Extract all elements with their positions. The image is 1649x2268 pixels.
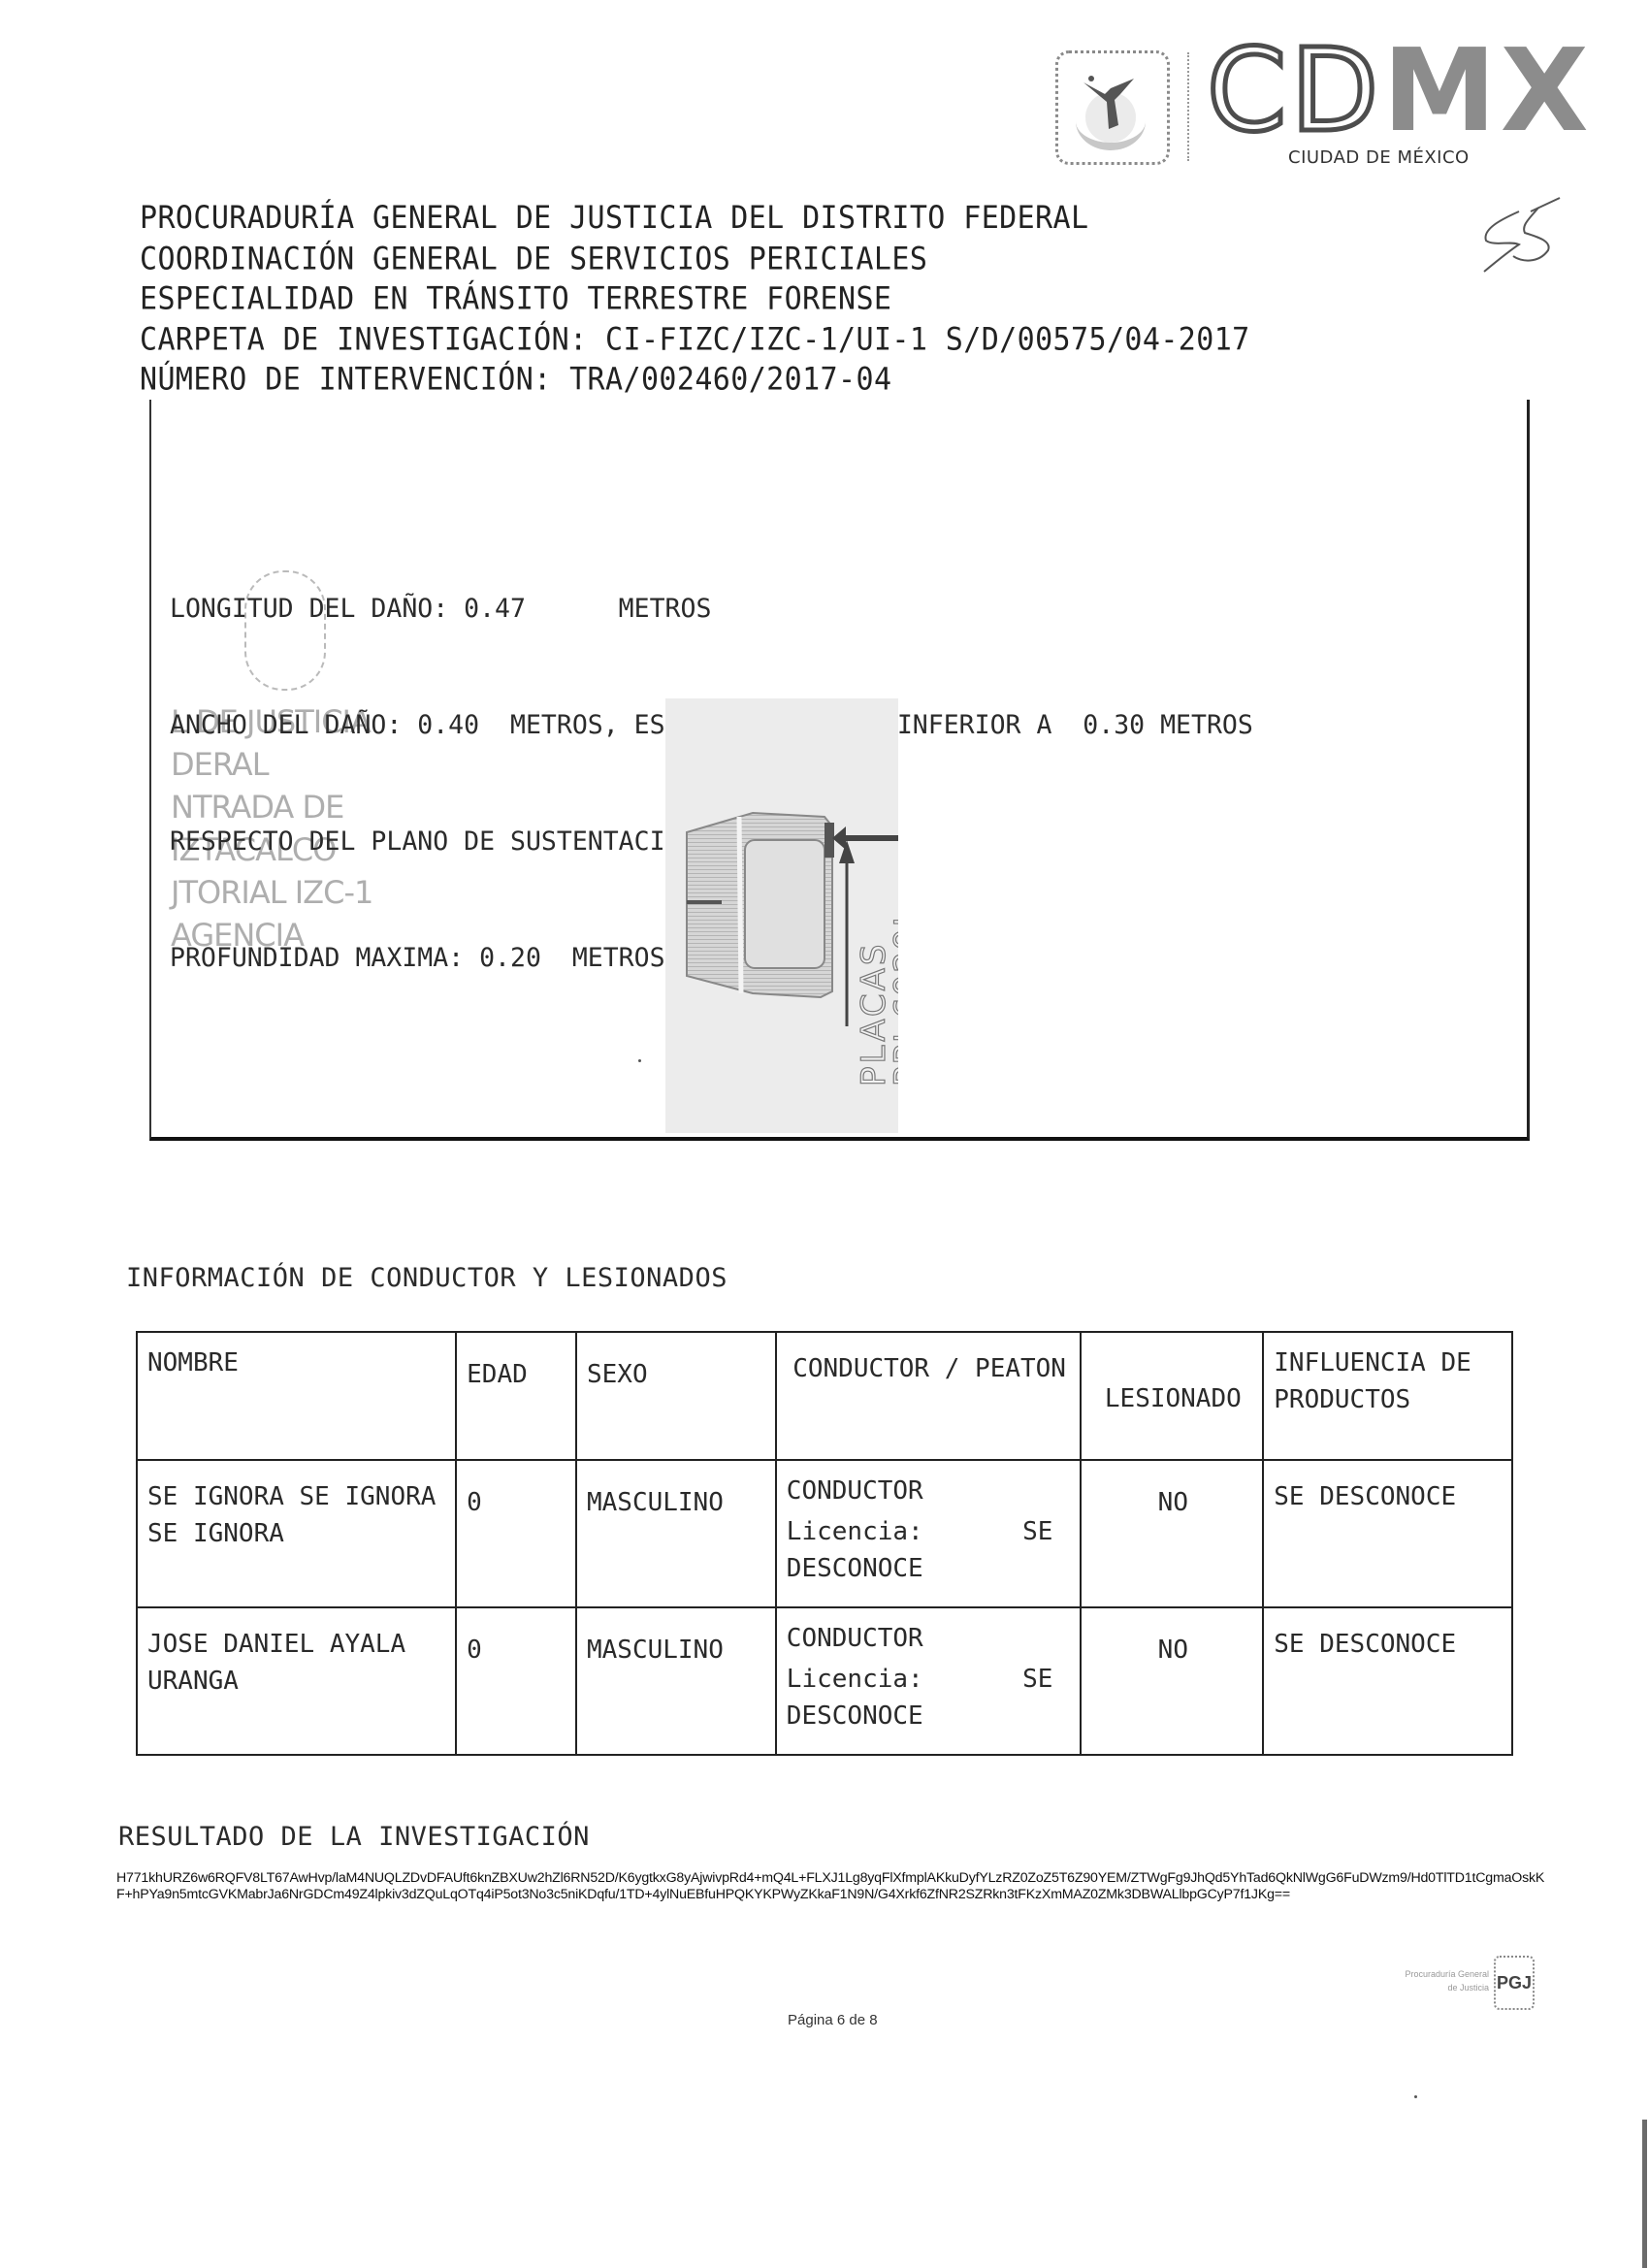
plate-number: PPJ-6929J xyxy=(888,915,898,1086)
intervencion-value: TRA/002460/2017-04 xyxy=(569,361,891,398)
city-label: CIUDAD DE MÉXICO xyxy=(1288,147,1470,168)
vehicle-damage-sketch: PLACAS PPJ-6929J xyxy=(665,698,898,1133)
carpeta-value: CI-FIZC/IZC-1/UI-1 S/D/00575/04-2017 xyxy=(605,321,1250,358)
document-header: PROCURADURÍA GENERAL DE JUSTICIA DEL DIS… xyxy=(140,199,1250,401)
cdmx-logo: CDMX CIUDAD DE MÉXICO xyxy=(1055,47,1599,173)
licencia-value: DESCONOCE xyxy=(787,1550,1073,1587)
cell-tipo: CONDUCTOR xyxy=(787,1620,1073,1657)
brand-wordmark: CDMX xyxy=(1207,33,1593,147)
header-coordination: COORDINACIÓN GENERAL DE SERVICIOS PERICI… xyxy=(140,240,1250,280)
col-edad: EDAD xyxy=(456,1332,576,1460)
logo-divider xyxy=(1187,52,1189,161)
handwritten-page-mark xyxy=(1463,194,1569,285)
people-table: NOMBRE EDAD SEXO CONDUCTOR / PEATON LESI… xyxy=(136,1331,1513,1756)
cell-lesionado: NO xyxy=(1081,1607,1263,1755)
header-intervencion: NÚMERO DE INTERVENCIÓN: TRA/002460/2017-… xyxy=(140,360,1250,401)
cell-edad: 0 xyxy=(456,1460,576,1607)
cell-influencia: SE DESCONOCE xyxy=(1263,1607,1512,1755)
result-section-title: RESULTADO DE LA INVESTIGACIÓN xyxy=(118,1822,590,1852)
cell-sexo: MASCULINO xyxy=(576,1460,776,1607)
table-row: SE IGNORA SE IGNORA SE IGNORA 0 MASCULIN… xyxy=(137,1460,1512,1607)
licencia-label: Licencia: xyxy=(787,1661,923,1698)
col-nombre: NOMBRE xyxy=(137,1332,456,1460)
scan-edge-artifact xyxy=(1642,2120,1647,2268)
pgj-logo-icon: PGJ xyxy=(1494,1956,1535,2010)
damage-length: LONGITUD DEL DAÑO: 0.47 METROS xyxy=(170,590,1253,629)
cell-conductor-peaton: CONDUCTOR Licencia:SE DESCONOCE xyxy=(776,1460,1082,1607)
header-carpeta: CARPETA DE INVESTIGACIÓN: CI-FIZC/IZC-1/… xyxy=(140,320,1250,361)
cell-tipo: CONDUCTOR xyxy=(787,1473,1073,1509)
cell-nombre: JOSE DANIEL AYALA URANGA xyxy=(137,1607,456,1755)
cell-edad: 0 xyxy=(456,1607,576,1755)
cell-nombre: SE IGNORA SE IGNORA SE IGNORA xyxy=(137,1460,456,1607)
col-conductor-peaton: CONDUCTOR / PEATON xyxy=(776,1332,1082,1460)
col-lesionado: LESIONADO xyxy=(1081,1332,1263,1460)
table-header-row: NOMBRE EDAD SEXO CONDUCTOR / PEATON LESI… xyxy=(137,1332,1512,1460)
cell-lesionado: NO xyxy=(1081,1460,1263,1607)
header-agency: PROCURADURÍA GENERAL DE JUSTICIA DEL DIS… xyxy=(140,199,1250,240)
scan-speck xyxy=(638,1059,641,1062)
angel-of-independence-icon xyxy=(1055,50,1170,165)
header-specialty: ESPECIALIDAD EN TRÁNSITO TERRESTRE FOREN… xyxy=(140,279,1250,320)
table-row: JOSE DANIEL AYALA URANGA 0 MASCULINO CON… xyxy=(137,1607,1512,1755)
digital-signature-hash: H771khURZ6w6RQFV8LT67AwHvp/laM4NUQLZDvDF… xyxy=(116,1870,1552,1903)
pgj-org-name: Procuraduría General de Justicia xyxy=(1353,1967,1489,1994)
scan-speck xyxy=(1414,2095,1417,2098)
cell-influencia: SE DESCONOCE xyxy=(1263,1460,1512,1607)
cell-conductor-peaton: CONDUCTOR Licencia:SE DESCONOCE xyxy=(776,1607,1082,1755)
licencia-label: Licencia: xyxy=(787,1513,923,1550)
col-influencia: INFLUENCIA DE PRODUCTOS xyxy=(1263,1332,1512,1460)
col-sexo: SEXO xyxy=(576,1332,776,1460)
page-number: Página 6 de 8 xyxy=(788,2012,878,2028)
licencia-value: DESCONOCE xyxy=(787,1698,1073,1734)
cell-sexo: MASCULINO xyxy=(576,1607,776,1755)
info-section-title: INFORMACIÓN DE CONDUCTOR Y LESIONADOS xyxy=(126,1263,727,1293)
